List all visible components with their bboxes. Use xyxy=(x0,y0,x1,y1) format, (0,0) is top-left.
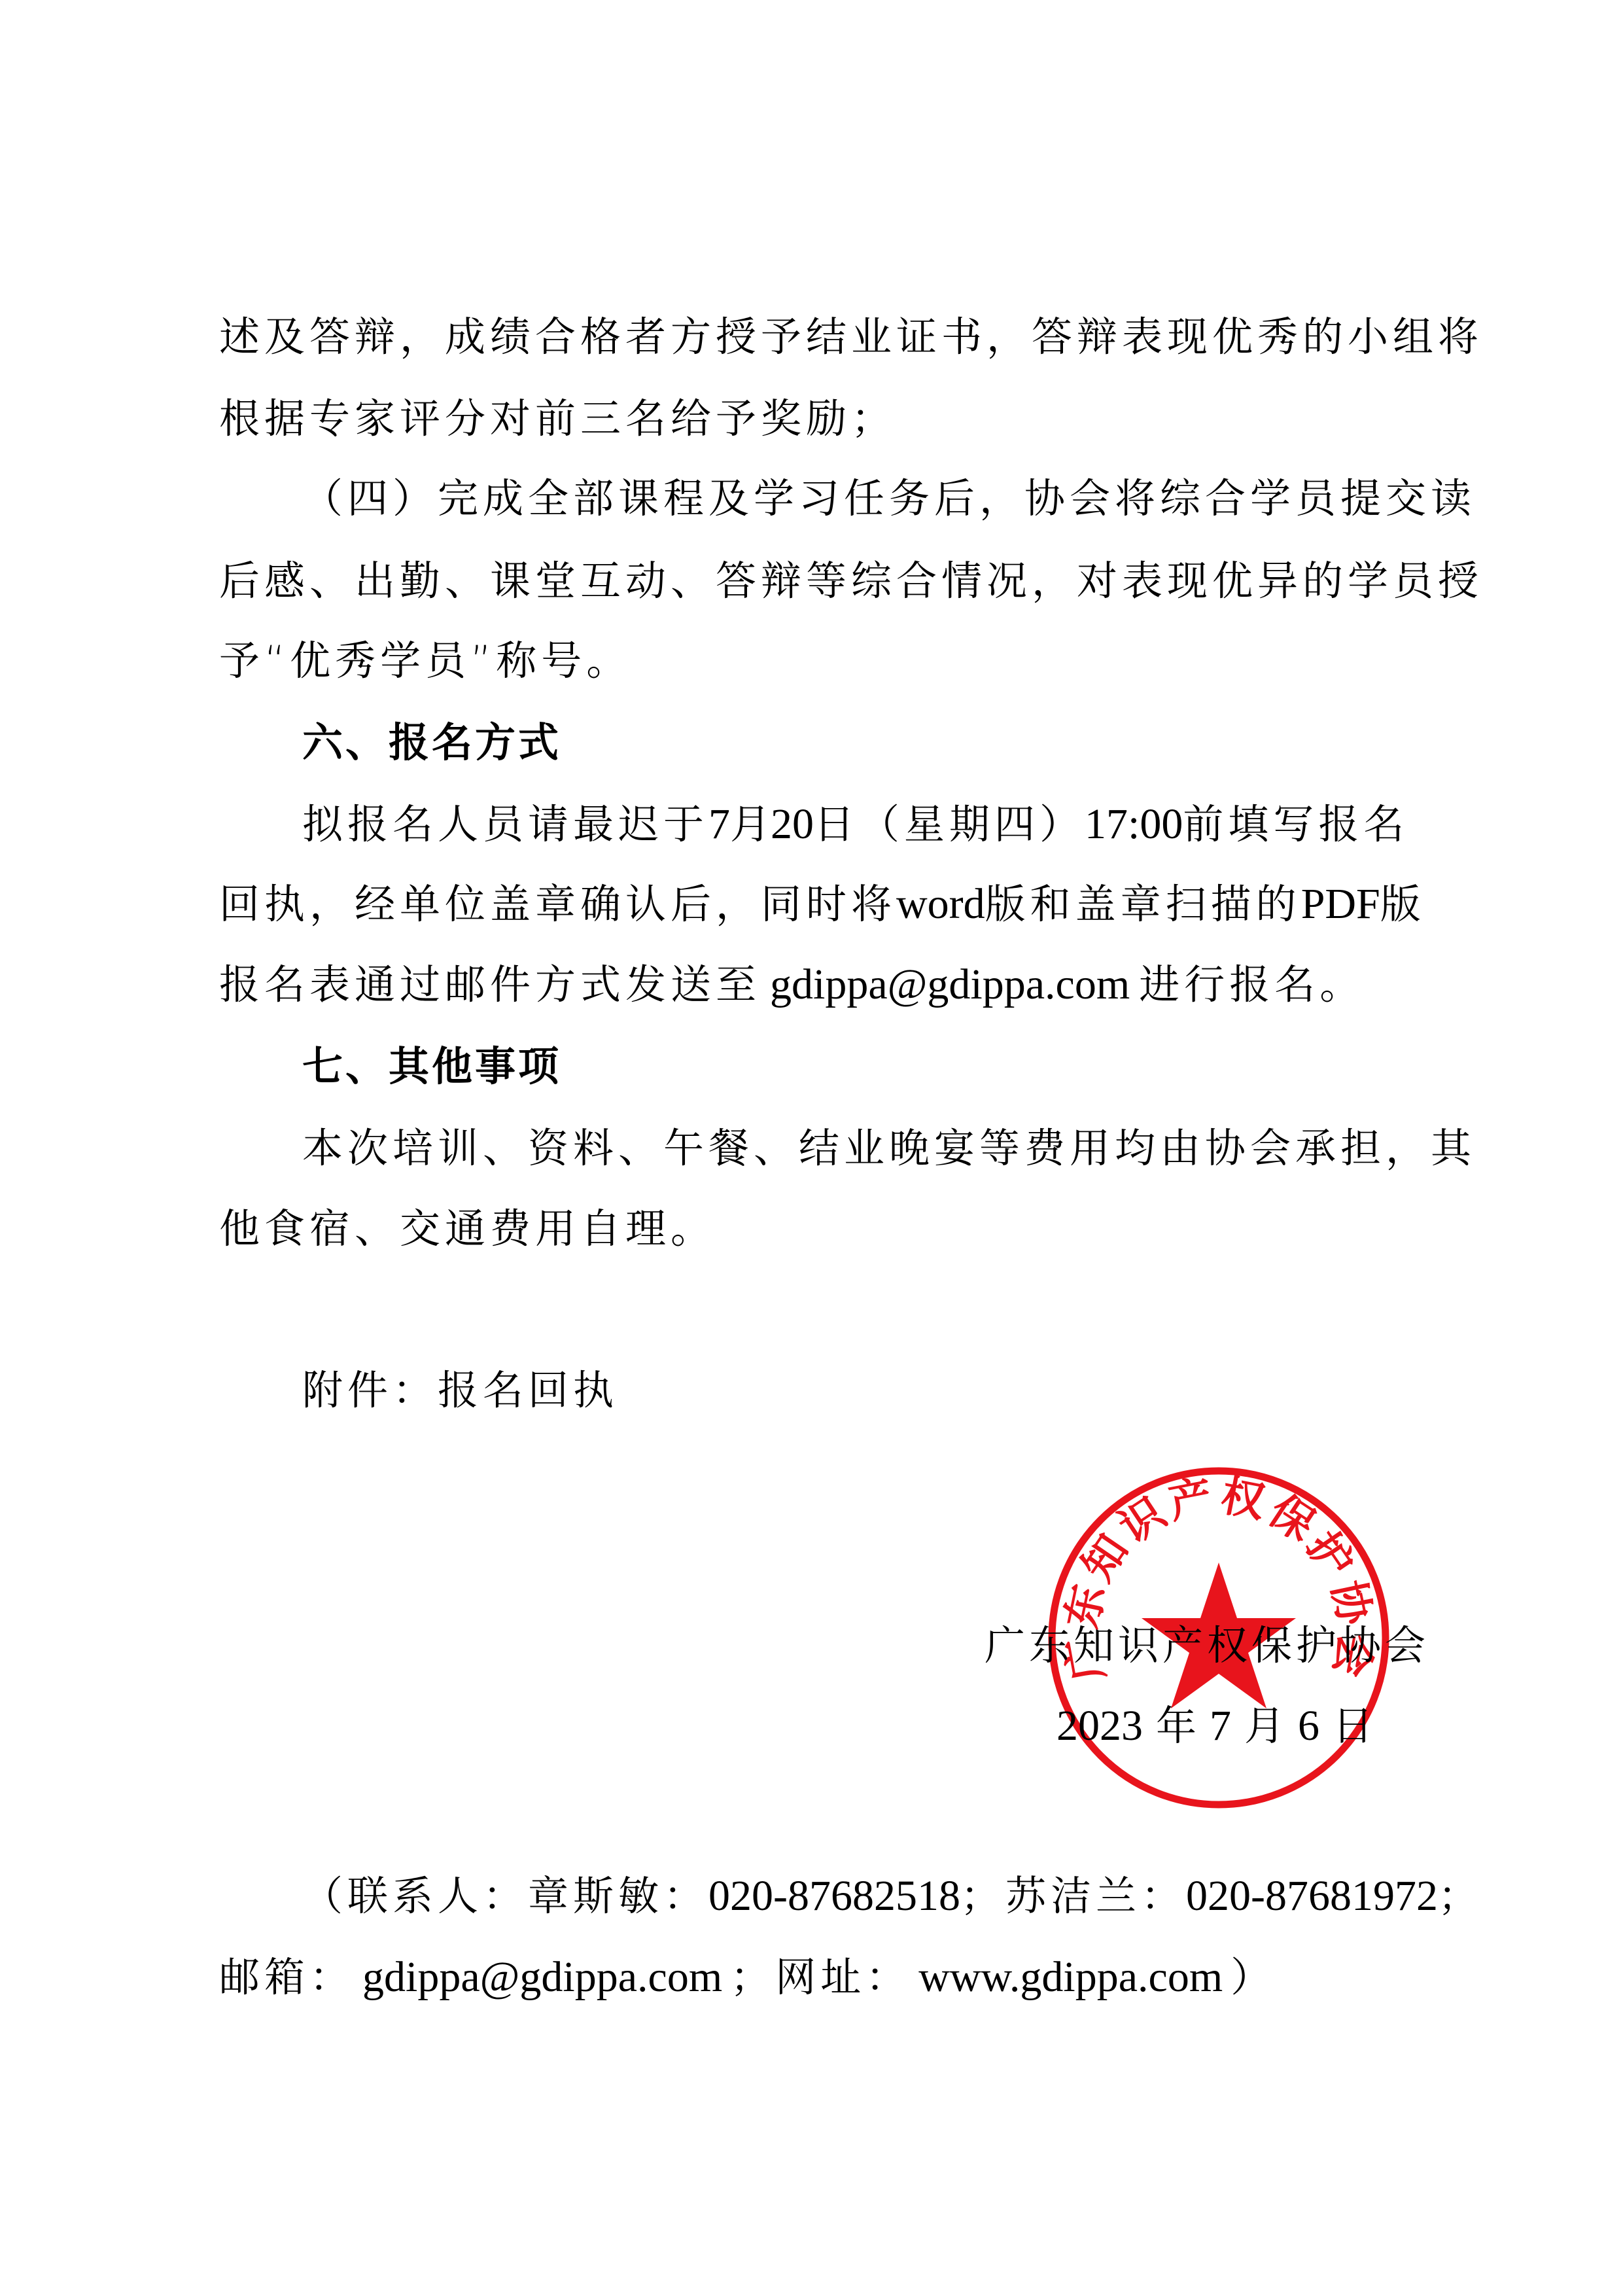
signature-date: 2023 年 7 月 6 日 xyxy=(1056,1700,1373,1752)
phone-number: 020-87681972 xyxy=(1186,1870,1438,1922)
paragraph-line: 报名表通过邮件方式发送至 gdippa@gdippa.com 进行报名。 xyxy=(219,959,1365,1011)
paragraph-line: 回执，经单位盖章确认后，同时将 word 版和盖章扫描的 PDF 版 xyxy=(219,878,1403,930)
text: 邮箱： xyxy=(219,1951,355,2004)
paragraph-line: （四）完成全部课程及学习任务后，协会将综合学员提交读 xyxy=(302,472,1403,525)
text: 进行报名。 xyxy=(1139,959,1365,1011)
text: 版 xyxy=(1380,878,1421,930)
text: ；苏洁兰： xyxy=(960,1870,1186,1922)
paragraph-line: 后感、出勤、课堂互动、答辩等综合情况，对表现优异的学员授 xyxy=(219,555,1403,607)
text: 拟报名人员请最迟于 xyxy=(302,798,708,851)
word-format: word xyxy=(896,878,985,930)
text: 回执，经单位盖章确认后，同时将 xyxy=(219,878,896,930)
paragraph-line: 本次培训、资料、午餐、结业晚宴等费用均由协会承担，其 xyxy=(302,1122,1403,1174)
date-day: 6 xyxy=(1298,1700,1319,1752)
text: ） xyxy=(1230,1951,1271,2004)
attachment-note: 附件：报名回执 xyxy=(302,1364,618,1417)
date-day-label: 日 xyxy=(1333,1700,1373,1752)
text: 报名表通过邮件方式发送至 xyxy=(219,959,761,1011)
document-page: 述及答辩，成绩合格者方授予结业证书，答辩表现优秀的小组将 根据专家评分对前三名给… xyxy=(0,0,1623,2296)
paragraph-line: 他食宿、交通费用自理。 xyxy=(219,1203,716,1255)
email-link[interactable]: gdippa@gdippa.com xyxy=(362,1951,722,2004)
date-month-label: 月 xyxy=(1244,1700,1285,1752)
email-link[interactable]: gdippa@gdippa.com xyxy=(770,959,1130,1011)
date-month: 7 xyxy=(1210,1700,1231,1752)
contact-line: 邮箱： gdippa@gdippa.com ；网址： www.gdippa.co… xyxy=(219,1951,1271,2004)
pdf-format: PDF xyxy=(1301,878,1380,930)
section-heading-other: 七、其他事项 xyxy=(302,1040,561,1093)
website-link[interactable]: www.gdippa.com xyxy=(918,1951,1223,2004)
section-heading-registration: 六、报名方式 xyxy=(302,716,561,769)
text: ；网址： xyxy=(730,1951,911,2004)
paragraph-line: 述及答辩，成绩合格者方授予结业证书，答辩表现优秀的小组将 xyxy=(219,311,1403,363)
text: 日（星期四） xyxy=(814,798,1085,851)
date-year: 2023 xyxy=(1056,1700,1143,1752)
paragraph-line: 根据专家评分对前三名给予奖励； xyxy=(219,393,896,445)
signature-organization: 广东知识产权保护协会 xyxy=(985,1619,1429,1672)
text: 版和盖章扫描的 xyxy=(985,878,1301,930)
month: 7 xyxy=(708,798,730,851)
date-year-label: 年 xyxy=(1156,1700,1196,1752)
paragraph-line: 予“优秀学员”称号。 xyxy=(219,635,631,687)
phone-number: 020-87682518 xyxy=(708,1870,960,1922)
text: 月 xyxy=(730,798,771,851)
text: ； xyxy=(1438,1870,1478,1922)
contact-line: （联系人：章斯敏： 020-87682518 ；苏洁兰： 020-8768197… xyxy=(302,1870,1403,1922)
paragraph-line: 拟报名人员请最迟于 7 月 20 日（星期四） 17:00 前填写报名 xyxy=(302,798,1403,851)
text: （联系人：章斯敏： xyxy=(302,1870,708,1922)
text: 前填写报名 xyxy=(1183,798,1408,851)
deadline-time: 17:00 xyxy=(1085,798,1183,851)
day: 20 xyxy=(771,798,814,851)
